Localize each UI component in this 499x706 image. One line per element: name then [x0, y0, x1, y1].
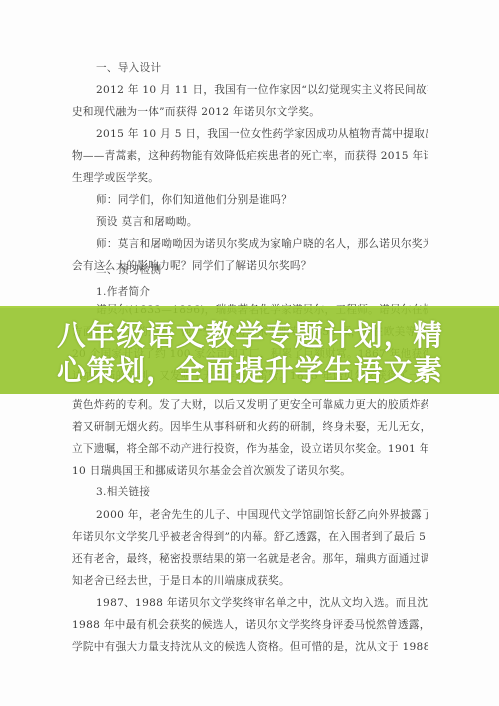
dialogue-line: 师：莫言和屠呦呦因为诺贝尔奖成为家喻户晓的名人，那么诺贝尔奖为什么	[96, 237, 428, 251]
paragraph-line: 着又研制无烟火药。因毕生从事科研和火药的研制，终身未娶，无儿无女，晚年	[72, 420, 428, 434]
subheading-related-links: 3.相关链接	[96, 485, 428, 499]
paragraph-line: 2000 年，老舍先生的儿子、中国现代文学馆副馆长舒乙向外界披露了“1968	[96, 508, 428, 522]
banner-title-line-1: 八年级语文教学专题计划，精	[57, 318, 457, 353]
subheading-author-intro: 1.作者简介	[96, 285, 428, 299]
paragraph-line: 1987、1988 年诺贝尔文学奖终审名单之中，沈从文均入选。而且沈从文是	[96, 596, 428, 610]
paragraph-line: 2015 年 10 月 5 日，我国一位女性药学家因成功从植物青蒿中提取出抗疟药	[96, 127, 428, 141]
paragraph-line: 物——青蒿素，这种药物能有效降低疟疾患者的死亡率，而获得 2015 年诺贝尔	[72, 149, 428, 163]
banner-title: 八年级语文教学专题计划，精 心策划，全面提升学生语文素	[57, 318, 457, 388]
paragraph-line: 史和现代融为一体”而获得 2012 年诺贝尔文学奖。	[72, 105, 428, 119]
paragraph-line: 10 日瑞典国王和挪威诺贝尔基金会首次颁发了诺贝尔奖。	[72, 464, 428, 478]
paragraph-line: 还有老舍，最终，秘密投票结果的第一名就是老舍。那年，瑞典方面通过调查得	[72, 552, 428, 566]
section-heading-intro-design: 一、导入设计	[96, 61, 428, 75]
paragraph-line: 1988 年中最有机会获奖的候选人，诺贝尔文学奖终身评委马悦然曾透露，当时	[72, 618, 428, 632]
section-heading-preview-check: 二、预习检测	[96, 263, 428, 277]
paragraph-line: 立下遗嘱，将全部不动产进行投资，作为基金，设立诺贝尔奖金。1901 年 12 月	[72, 442, 428, 456]
paragraph-line: 学院中有强大力量支持沈从文的候选人资格。但可惜的是，沈从文于 1988 年 5	[72, 640, 428, 654]
paragraph-line: 2012 年 10 月 11 日，我国有一位作家因“以幻觉现实主义将民间故事、历	[96, 83, 428, 97]
title-banner: 八年级语文教学专题计划，精 心策划，全面提升学生语文素	[0, 306, 499, 394]
dialogue-line: 师：同学们，你们知道他们分别是谁吗？	[96, 193, 428, 207]
dialogue-line: 预设 莫言和屠呦呦。	[96, 215, 428, 229]
paragraph-line: 生理学或医学奖。	[72, 171, 428, 185]
paragraph-line: 知老舍已经去世，于是日本的川端康成获奖。	[72, 574, 428, 588]
paragraph-line: 年诺贝尔文学奖几乎被老舍得到”的内幕。舒乙透露，在入围者到了最后 5 名时	[72, 530, 428, 544]
banner-title-line-2: 心策划，全面提升学生语文素	[57, 353, 457, 388]
paragraph-line: 黄色炸药的专利。发了大财，以后又发明了更安全可靠威力更大的胶质炸药，接	[72, 398, 428, 412]
